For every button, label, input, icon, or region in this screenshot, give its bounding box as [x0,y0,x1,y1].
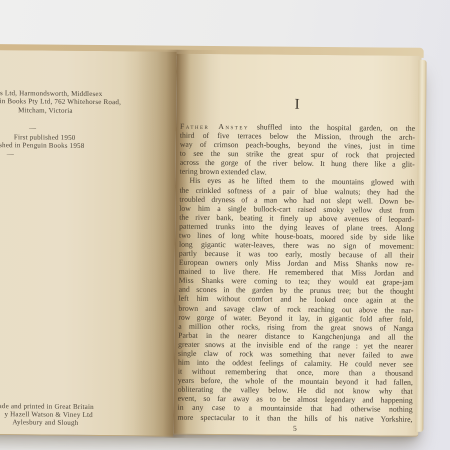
imprint-address-line-2: guin Books Pty Ltd, 762 Whitehorse Road, [0,97,121,106]
opening-smallcaps: Father Anstey [180,122,249,132]
page-number: 5 [177,423,412,434]
divider-rule: — [7,151,14,158]
imprint-address-line-3: Mitcham, Victoria [18,106,73,114]
paragraph-2: His eyes as he lifted them to the mounta… [177,176,414,423]
publication-line-2: lished in Penguin Books 1958 [0,141,84,150]
open-book: ks Ltd, Harmondsworth, Middlesex guin Bo… [0,44,450,445]
right-page: I Father Anstey shuffled into the hospit… [173,54,421,437]
chapter-heading: I [180,96,415,114]
divider-rule: — [29,125,36,132]
left-page: ks Ltd, Harmondsworth, Middlesex guin Bo… [0,50,177,437]
text-line: more spectacular to it than the hills of… [177,412,412,423]
book-photo: ks Ltd, Harmondsworth, Middlesex guin Bo… [0,0,450,450]
page-body-text: Father Anstey shuffled into the hospital… [177,122,415,424]
paragraph-1: third of five terraces below the Mission… [180,131,415,178]
printer-line-3: Aylesbury and Slough [12,418,78,427]
